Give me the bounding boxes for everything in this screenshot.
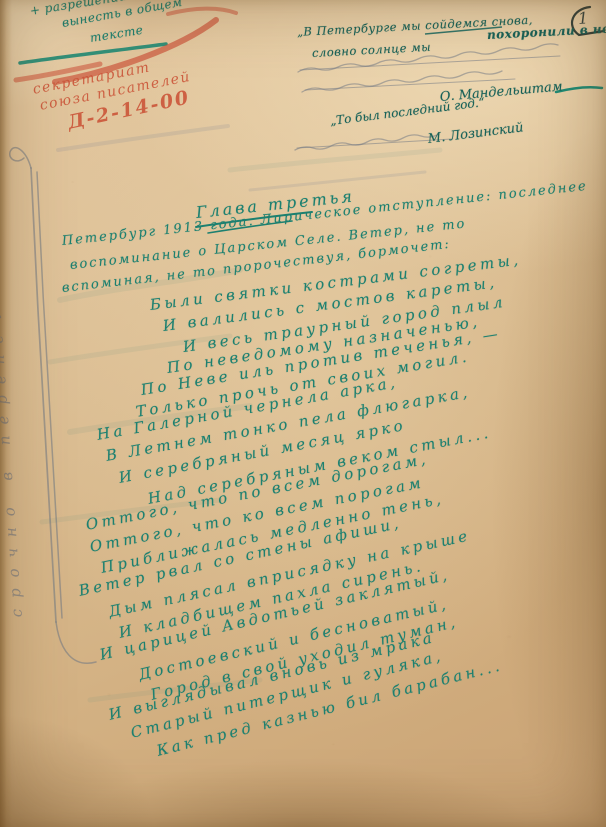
epigraph-lozinsky-text: „То был последний год.“ bbox=[329, 95, 485, 128]
green-note-line: тексте bbox=[89, 23, 144, 45]
manuscript-page: + разрешении вынесть в общем тексте секр… bbox=[0, 0, 606, 827]
epigraph-lozinsky-author: М. Лозинский bbox=[427, 120, 524, 147]
epigraph-mandelstam-line-2: словно солнце мы bbox=[312, 40, 432, 60]
erased-pencil-smudges bbox=[58, 126, 425, 190]
